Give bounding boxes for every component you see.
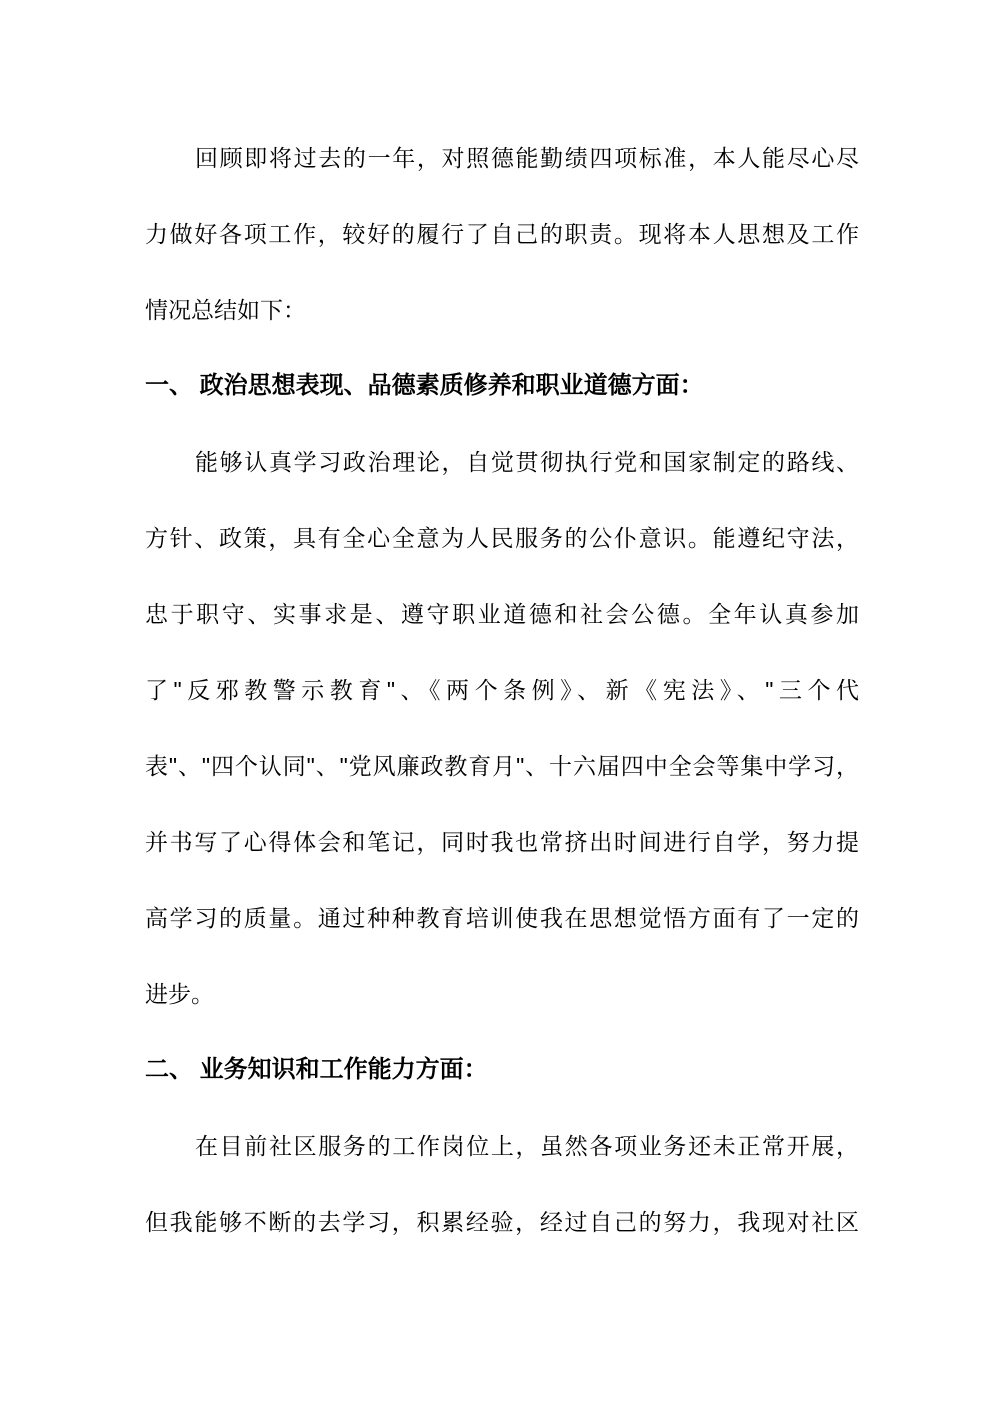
paragraph: 在目前社区服务的工作岗位上，虽然各项业务还未正常开展，但我能够不断的去学习，积累… [145, 1108, 859, 1260]
text-line: 二、 业务知识和工作能力方面： [145, 1032, 859, 1108]
text-line: 高学习的质量。通过种种教育培训使我在思想觉悟方面有了一定的 [145, 880, 859, 956]
paragraph: 回顾即将过去的一年，对照德能勤绩四项标准，本人能尽心尽力做好各项工作，较好的履行… [145, 120, 859, 348]
section-heading: 二、 业务知识和工作能力方面： [145, 1032, 859, 1108]
text-line: 表"、"四个认同"、"党风廉政教育月"、十六届四中全会等集中学习， [145, 728, 859, 804]
text-line: 了"反邪教警示教育"、《两个条例》、新《宪法》、"三个代 [145, 652, 859, 728]
text-line: 一、 政治思想表现、品德素质修养和职业道德方面： [145, 348, 859, 424]
document-body: 回顾即将过去的一年，对照德能勤绩四项标准，本人能尽心尽力做好各项工作，较好的履行… [145, 120, 859, 1260]
text-line: 回顾即将过去的一年，对照德能勤绩四项标准，本人能尽心尽 [145, 120, 859, 196]
text-line: 能够认真学习政治理论，自觉贯彻执行党和国家制定的路线、 [145, 424, 859, 500]
text-line: 并书写了心得体会和笔记，同时我也常挤出时间进行自学，努力提 [145, 804, 859, 880]
page: { "page": { "background_color": "#ffffff… [0, 0, 1000, 1415]
text-line: 情况总结如下： [145, 272, 859, 348]
text-line: 方针、政策，具有全心全意为人民服务的公仆意识。能遵纪守法， [145, 500, 859, 576]
text-line: 进步。 [145, 956, 859, 1032]
section-heading: 一、 政治思想表现、品德素质修养和职业道德方面： [145, 348, 859, 424]
text-line: 在目前社区服务的工作岗位上，虽然各项业务还未正常开展， [145, 1108, 859, 1184]
text-line: 但我能够不断的去学习，积累经验，经过自己的努力，我现对社区 [145, 1184, 859, 1260]
text-line: 力做好各项工作，较好的履行了自己的职责。现将本人思想及工作 [145, 196, 859, 272]
text-line: 忠于职守、实事求是、遵守职业道德和社会公德。全年认真参加 [145, 576, 859, 652]
paragraph: 能够认真学习政治理论，自觉贯彻执行党和国家制定的路线、方针、政策，具有全心全意为… [145, 424, 859, 1032]
